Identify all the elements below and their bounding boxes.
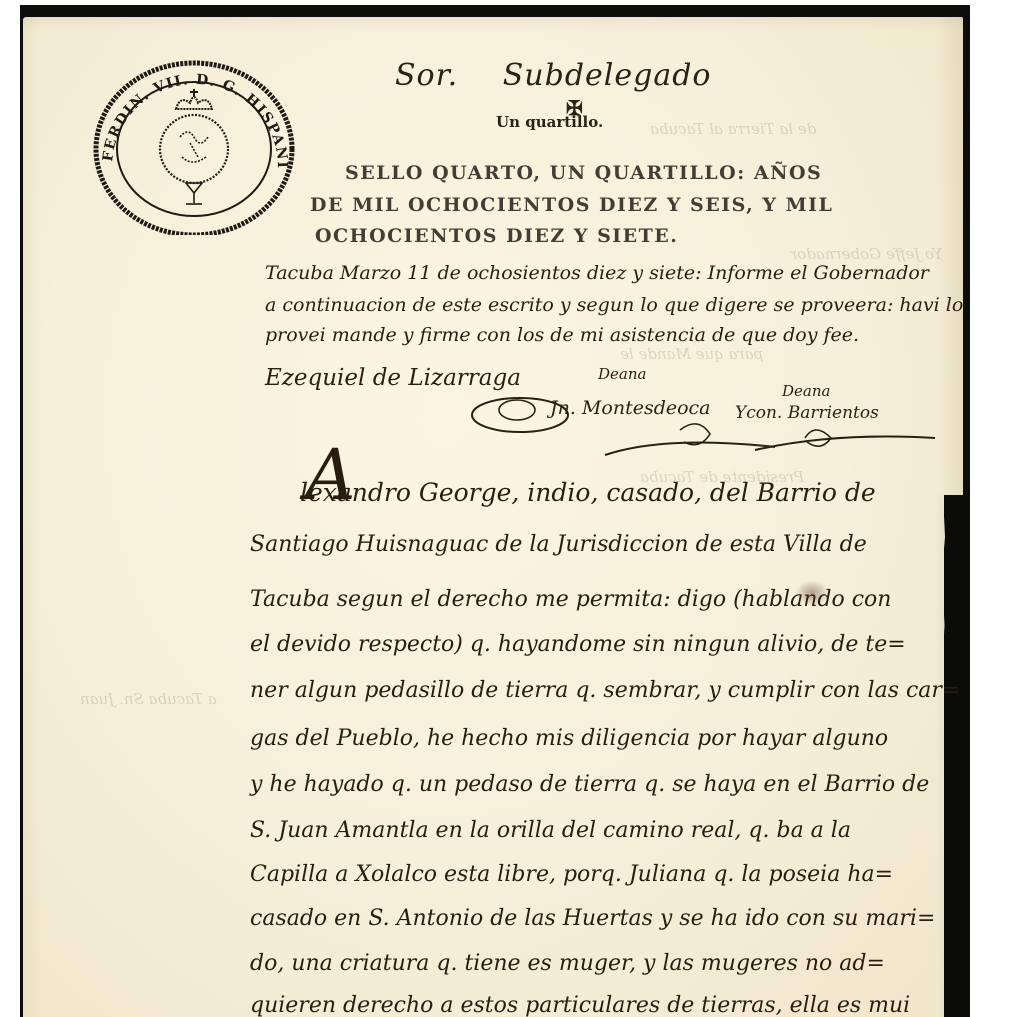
petition-line: lexandro George, indio, casado, del Barr…	[300, 478, 876, 507]
petition-line: do, una criatura q. tiene es muger, y la…	[250, 951, 885, 976]
addressee-title: Subdelegado	[503, 58, 712, 93]
petition-line: casado en S. Antonio de las Huertas y se…	[250, 906, 935, 931]
decree-line: provei mande y firme con los de mi asist…	[265, 324, 859, 346]
petition-line: Santiago Huisnaguac de la Jurisdiccion d…	[250, 532, 867, 557]
royal-seal: FERDIN. VII. D. G. HISPANIARUM ET IND. R…	[90, 57, 295, 235]
decree-line: Tacuba Marzo 11 de ochosientos diez y si…	[265, 262, 929, 284]
petition-line: ner algun pedasillo de tierra q. sembrar…	[250, 678, 960, 703]
signature-flourish-icon	[455, 380, 975, 470]
bleed-through-text: a Tacuba Sn. Juan	[80, 690, 217, 708]
bleed-through-text: Yo Jeffe Gobernador	[790, 245, 943, 263]
royal-coat-of-arms-icon: FERDIN. VII. D. G. HISPANIARUM ET IND. R…	[90, 57, 295, 235]
bleed-through-text: de la Tierra al Tacuba	[650, 120, 816, 138]
stamp-text-line: DE MIL OCHOCIENTOS DIEZ Y SEIS, Y MIL	[310, 194, 833, 216]
bleed-through-text: para que Mande le	[620, 345, 763, 363]
petition-line: Capilla a Xolalco esta libre, porq. Juli…	[250, 862, 893, 887]
decree-line: a continuacion de este escrito y segun l…	[265, 294, 963, 316]
ink-stain	[795, 580, 829, 606]
petition-line: gas del Pueblo, he hecho mis diligencia …	[250, 726, 888, 751]
stamp-text-line: OCHOCIENTOS DIEZ Y SIETE.	[315, 225, 678, 247]
svg-text:FERDIN. VII. D. G. HISPANIARUM: FERDIN. VII. D. G. HISPANIARUM ET IND. R…	[90, 57, 290, 170]
addressee-prefix: Sor.	[395, 58, 458, 93]
scan-border-right	[944, 495, 970, 1017]
stamp-denomination: Un quartillo.	[496, 113, 603, 131]
petition-line: y he hayado q. un pedaso de tierra q. se…	[250, 772, 929, 797]
stamp-text-line: SELLO QUARTO, UN QUARTILLO: AÑOS	[345, 162, 822, 184]
addressee-heading: Sor. Subdelegado	[395, 58, 712, 93]
petition-line: S. Juan Amantla en la orilla del camino …	[250, 818, 851, 843]
petition-line: el devido respecto) q. hayandome sin nin…	[250, 632, 906, 657]
petition-line: quieren derecho a estos particulares de …	[250, 993, 910, 1017]
